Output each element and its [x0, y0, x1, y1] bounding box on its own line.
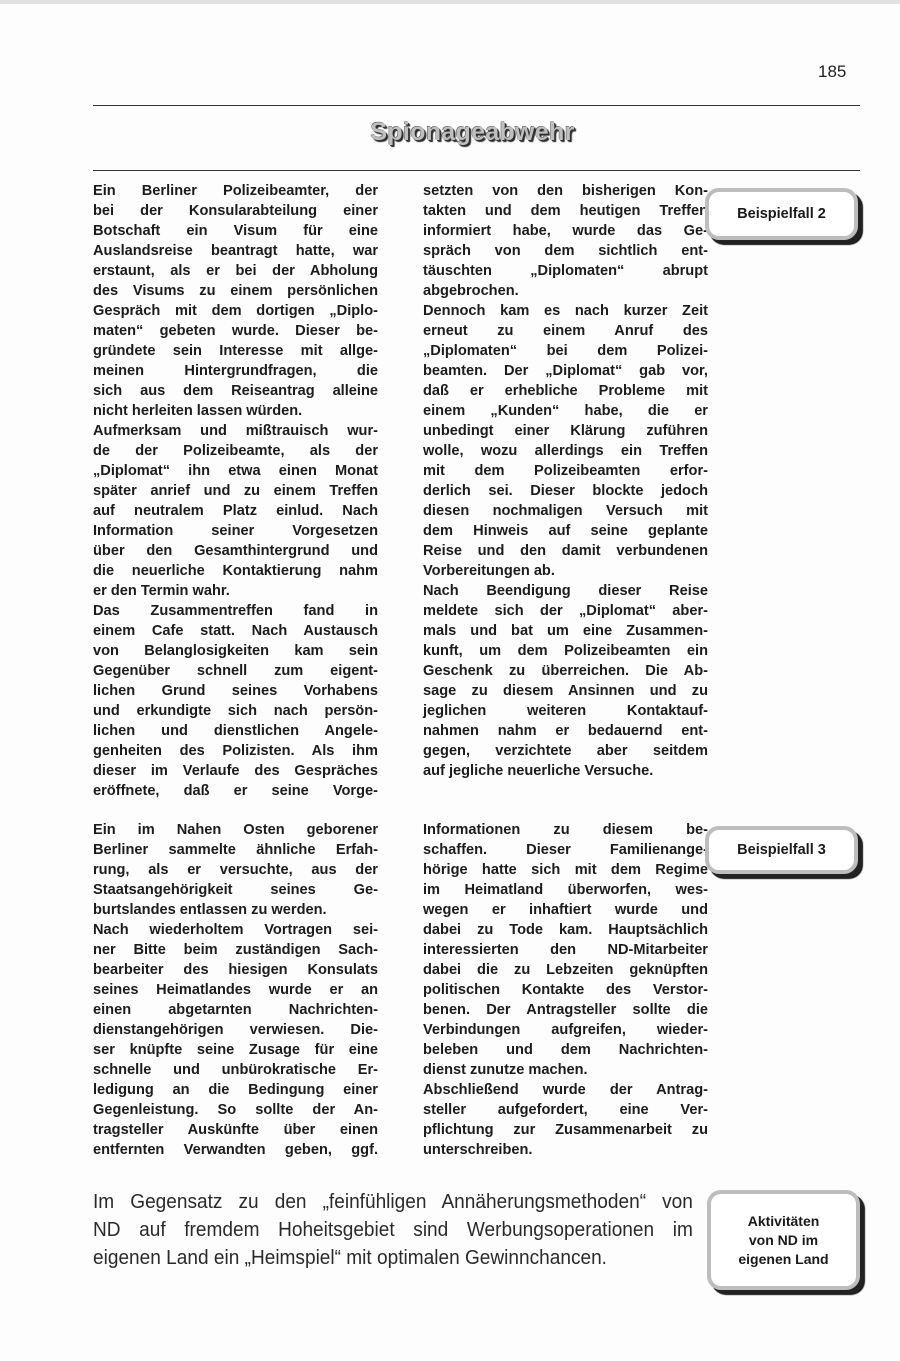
text-line: sich aus dem Reiseantrag alleine: [93, 381, 378, 401]
text-line: „Diplomat“ ihn etwa einen Monat: [93, 461, 378, 481]
text-line: derlich sei. Dieser blockte jedoch: [423, 481, 708, 501]
text-line: Gegenüber schnell zum eigent-: [93, 661, 378, 681]
text-line: tragsteller Auskünfte über einen: [93, 1120, 378, 1140]
text-line: auf neutralem Platz einlud. Nach: [93, 501, 378, 521]
text-line: Ein im Nahen Osten geborener: [93, 820, 378, 840]
case2-column-right: setzten von den bisherigen Kon-takten un…: [423, 181, 708, 781]
text-line: dabei zu Tode kam. Hauptsächlich: [423, 920, 708, 940]
text-line: Abschließend wurde der Antrag-: [423, 1080, 708, 1100]
text-line: schaffen. Dieser Familienange-: [423, 840, 708, 860]
text-line: Dennoch kam es nach kurzer Zeit: [423, 301, 708, 321]
text-line: nicht herleiten lassen würden.: [93, 401, 378, 421]
text-line: burtslandes entlassen zu werden.: [93, 900, 378, 920]
text-line: einem „Kunden“ habe, die er: [423, 401, 708, 421]
page-title: Spionageabwehr: [0, 118, 900, 147]
text-line: Staatsangehörigkeit seines Ge-: [93, 880, 378, 900]
text-line: Nach wiederholtem Vortragen sei-: [93, 920, 378, 940]
text-line: Reise und den damit verbundenen: [423, 541, 708, 561]
text-line: meinen Hintergrundfragen, die: [93, 361, 378, 381]
text-line: einen abgetarnten Nachrichten-: [93, 1000, 378, 1020]
text-line: und erkundigte sich nach persön-: [93, 701, 378, 721]
text-line: meldete sich der „Diplomat“ aber-: [423, 601, 708, 621]
header-rule-top: [93, 105, 860, 106]
text-line: ser knüpfte seine Zusage für eine: [93, 1040, 378, 1060]
text-line: de der Polizeibeamte, als der: [93, 441, 378, 461]
text-line: täuschten „Diplomaten“ abrupt: [423, 261, 708, 281]
margin-label-case2: Beispielfall 2: [705, 188, 858, 240]
text-line: takten und dem heutigen Treffen: [423, 201, 708, 221]
header-rule-bottom: [93, 170, 860, 171]
text-line: ledigung an die Bedingung einer: [93, 1080, 378, 1100]
text-line: von Belanglosigkeiten kam sein: [93, 641, 378, 661]
page-number: 185: [818, 62, 846, 82]
text-line: rung, als er versuchte, aus der: [93, 860, 378, 880]
text-line: im Heimatland überworfen, wes-: [423, 880, 708, 900]
case3-column-right: Informationen zu diesem be-schaffen. Die…: [423, 820, 708, 1160]
text-line: mit dem Polizeibeamten erfor-: [423, 461, 708, 481]
text-line: Berliner sammelte ähnliche Erfah-: [93, 840, 378, 860]
text-line: unterschreiben.: [423, 1140, 708, 1160]
margin-label-case3: Beispielfall 3: [705, 826, 858, 874]
text-line: unbedingt einer Klärung zuführen: [423, 421, 708, 441]
summary-line: ND auf fremdem Hoheitsgebiet sind Werbun…: [93, 1216, 693, 1244]
text-line: Geschenk zu überreichen. Die Ab-: [423, 661, 708, 681]
text-line: „Diplomaten“ bei dem Polizei-: [423, 341, 708, 361]
text-line: spräch von dem sichtlich ent-: [423, 241, 708, 261]
text-line: kunft, um dem Polizeibeamten ein: [423, 641, 708, 661]
text-line: dienst zunutze machen.: [423, 1060, 708, 1080]
text-line: gegen, verzichtete aber seitdem: [423, 741, 708, 761]
case2-column-left: Ein Berliner Polizeibeamter, derbei der …: [93, 181, 378, 801]
text-line: später anrief und zu einem Treffen: [93, 481, 378, 501]
text-line: dienstangehörigen verwiesen. Die-: [93, 1020, 378, 1040]
text-line: lichen Grund seines Vorhabens: [93, 681, 378, 701]
text-line: auf jegliche neuerliche Versuche.: [423, 761, 708, 781]
text-line: Ein Berliner Polizeibeamter, der: [93, 181, 378, 201]
text-line: die neuerliche Kontaktierung nahm: [93, 561, 378, 581]
text-line: setzten von den bisherigen Kon-: [423, 181, 708, 201]
text-line: dabei die zu Lebzeiten geknüpften: [423, 960, 708, 980]
text-line: gründete sein Interesse mit allge-: [93, 341, 378, 361]
margin-label-line: eigenen Land: [738, 1250, 828, 1269]
text-line: interessierten den ND-Mitarbeiter: [423, 940, 708, 960]
case3-column-left: Ein im Nahen Osten geborenerBerliner sam…: [93, 820, 378, 1160]
text-line: jeglichen weiteren Kontaktauf-: [423, 701, 708, 721]
text-line: Botschaft ein Visum für eine: [93, 221, 378, 241]
text-line: Gespräch mit dem dortigen „Diplo-: [93, 301, 378, 321]
text-line: bearbeiter des hiesigen Konsulats: [93, 960, 378, 980]
text-line: abgebrochen.: [423, 281, 708, 301]
text-line: ner Bitte beim zuständigen Sach-: [93, 940, 378, 960]
text-line: Das Zusammentreffen fand in: [93, 601, 378, 621]
text-line: daß er erhebliche Probleme mit: [423, 381, 708, 401]
text-line: erstaunt, als er bei der Abholung: [93, 261, 378, 281]
text-line: Vorbereitungen ab.: [423, 561, 708, 581]
text-line: politischen Kontakte des Verstor-: [423, 980, 708, 1000]
text-line: des Visums zu einem persönlichen: [93, 281, 378, 301]
summary-line: eigenen Land ein „Heimspiel“ mit optimal…: [93, 1244, 693, 1272]
margin-label-line: von ND im: [749, 1231, 818, 1250]
text-line: Gegenleistung. So sollte der An-: [93, 1100, 378, 1120]
text-line: entfernten Verwandten geben, ggf.: [93, 1140, 378, 1160]
scan-edge: [0, 0, 900, 4]
text-line: er den Termin wahr.: [93, 581, 378, 601]
text-line: pflichtung zur Zusammenarbeit zu: [423, 1120, 708, 1140]
text-line: dem Hinweis auf seine geplante: [423, 521, 708, 541]
text-line: hörige hatte sich mit dem Regime: [423, 860, 708, 880]
text-line: bei der Konsularabteilung einer: [93, 201, 378, 221]
text-line: Verbindungen aufgreifen, wieder-: [423, 1020, 708, 1040]
text-line: diesen nochmaligen Versuch mit: [423, 501, 708, 521]
text-line: benen. Der Antragsteller sollte die: [423, 1000, 708, 1020]
text-line: einem Cafe statt. Nach Austausch: [93, 621, 378, 641]
text-line: erneut zu einem Anruf des: [423, 321, 708, 341]
text-line: nahmen nahm er bedauernd ent-: [423, 721, 708, 741]
text-line: maten“ gebeten wurde. Dieser be-: [93, 321, 378, 341]
text-line: Informationen zu diesem be-: [423, 820, 708, 840]
text-line: beleben und dem Nachrichten-: [423, 1040, 708, 1060]
text-line: seines Heimatlandes wurde er an: [93, 980, 378, 1000]
text-line: genheiten des Polizisten. Als ihm: [93, 741, 378, 761]
text-line: Auslandsreise beantragt hatte, war: [93, 241, 378, 261]
text-line: schnelle und unbürokratische Er-: [93, 1060, 378, 1080]
text-line: über den Gesamthintergrund und: [93, 541, 378, 561]
margin-label-line: Aktivitäten: [748, 1212, 820, 1231]
text-line: mals und bat um eine Zusammen-: [423, 621, 708, 641]
text-line: Nach Beendigung dieser Reise: [423, 581, 708, 601]
text-line: informiert habe, wurde das Ge-: [423, 221, 708, 241]
text-line: Information seiner Vorgesetzen: [93, 521, 378, 541]
summary-paragraph: Im Gegensatz zu den „feinfühligen Annähe…: [93, 1188, 651, 1272]
summary-line: Im Gegensatz zu den „feinfühligen Annähe…: [93, 1188, 693, 1216]
text-line: sage zu diesem Ansinnen und zu: [423, 681, 708, 701]
text-line: lichen und dienstlichen Angele-: [93, 721, 378, 741]
text-line: Aufmerksam und mißtrauisch wur-: [93, 421, 378, 441]
margin-label-activities: Aktivitäten von ND im eigenen Land: [707, 1190, 860, 1290]
text-line: wegen er inhaftiert wurde und: [423, 900, 708, 920]
text-line: eröffnete, daß er seine Vorge-: [93, 781, 378, 801]
text-line: steller aufgefordert, eine Ver-: [423, 1100, 708, 1120]
text-line: beamten. Der „Diplomat“ gab vor,: [423, 361, 708, 381]
text-line: wolle, wozu allerdings ein Treffen: [423, 441, 708, 461]
text-line: dieser im Verlaufe des Gespräches: [93, 761, 378, 781]
